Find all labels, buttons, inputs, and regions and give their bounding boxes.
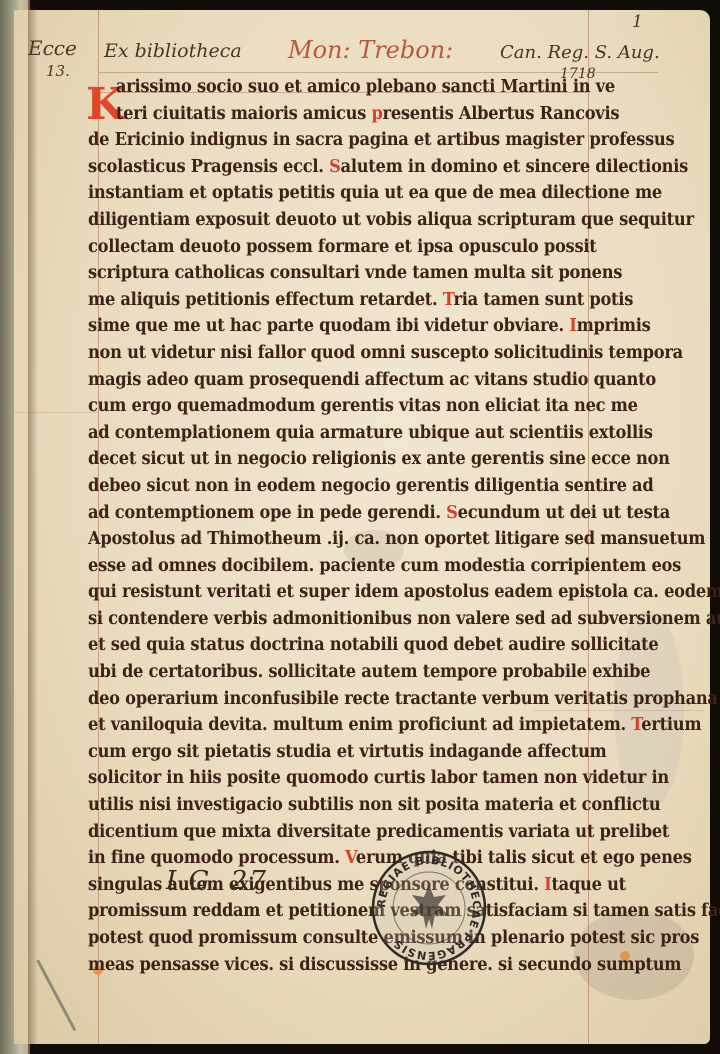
text-line: collectam deuoto possem formare et ipsa …: [88, 234, 553, 261]
text-line: cum ergo quemadmodum gerentis vitas non …: [88, 393, 553, 420]
text-line: magis adeo quam prosequendi affectum ac …: [88, 367, 553, 394]
text-line: dicentium que mixta diversitate predicam…: [88, 819, 553, 846]
rubricated-letter: S: [446, 503, 457, 523]
gutter-shadow: [28, 10, 38, 1044]
text-line: et vaniloquia devita. multum enim profic…: [88, 712, 553, 739]
manuscript-text: arissimo socio suo et amico plebano sanc…: [88, 74, 588, 978]
rubricated-letter: T: [631, 715, 641, 735]
text-line: scolasticus Pragensis eccl. Salutem in d…: [88, 154, 553, 181]
rubricated-letter: T: [443, 290, 454, 310]
text-line: si contendere verbis admonitionibus non …: [88, 606, 553, 633]
text-line: deo operarium inconfusibile recte tracta…: [88, 686, 553, 713]
text-line: de Ericinio indignus in sacra pagina et …: [88, 127, 553, 154]
note-ex-bibliotheca: Ex bibliotheca: [104, 40, 242, 62]
text-line: ad contemplationem quia armature ubique …: [88, 420, 553, 447]
library-stamp-icon: REGIAE BIBLIOTHECAE PRAGENSIS: [370, 849, 488, 967]
note-canon: Can. Reg. S. Aug.: [500, 42, 660, 63]
note-monastery: Mon: Trebon:: [288, 36, 453, 64]
text-line: et sed quia status doctrina notabili quo…: [88, 632, 553, 659]
shelfmark: I G. 27: [166, 866, 268, 896]
text-line: qui resistunt veritati et super idem apo…: [88, 579, 553, 606]
rubricated-letter: p: [371, 104, 382, 124]
text-line: ubi de certatoribus. sollicitate autem t…: [88, 659, 553, 686]
text-line: decet sicut ut in negocio religionis ex …: [88, 446, 553, 473]
text-line: diligentiam exposuit deuoto ut vobis ali…: [88, 207, 553, 234]
header-annotations: Ecce 13. Ex bibliotheca Mon: Trebon: Can…: [0, 0, 720, 80]
note-ecce: Ecce: [28, 36, 77, 60]
text-line: cum ergo sit pietatis studia et virtutis…: [88, 739, 553, 766]
text-line: solicitor in hiis posite quomodo curtis …: [88, 765, 553, 792]
rubricated-letter: V: [345, 848, 356, 868]
text-line: scriptura catholicas consultari vnde tam…: [88, 260, 553, 287]
text-line: teri ciuitatis maioris amicus presentis …: [88, 101, 553, 128]
rubricated-letter: I: [544, 875, 551, 895]
text-line: debeo sicut non in eodem negocio gerenti…: [88, 473, 553, 500]
text-line: esse ad omnes docibilem. paciente cum mo…: [88, 553, 553, 580]
rubricated-letter: I: [569, 316, 576, 336]
folio-number: 1: [632, 12, 643, 32]
text-line: me aliquis petitionis effectum retardet.…: [88, 287, 553, 314]
text-line: sime que me ut hac parte quodam ibi vide…: [88, 313, 553, 340]
text-line: utilis nisi investigacio subtilis non si…: [88, 792, 553, 819]
rubricated-letter: S: [329, 157, 340, 177]
text-line: instantiam et optatis petitis quia ut ea…: [88, 180, 553, 207]
text-line: ad contemptionem ope in pede gerendi. Se…: [88, 500, 553, 527]
text-line: Apostolus ad Thimotheum .ij. ca. non opo…: [88, 526, 553, 553]
text-line: arissimo socio suo et amico plebano sanc…: [88, 74, 553, 101]
margin-rule: [14, 412, 98, 413]
note-number: 13.: [46, 62, 70, 80]
text-line: non ut videtur nisi fallor quod omni sus…: [88, 340, 553, 367]
